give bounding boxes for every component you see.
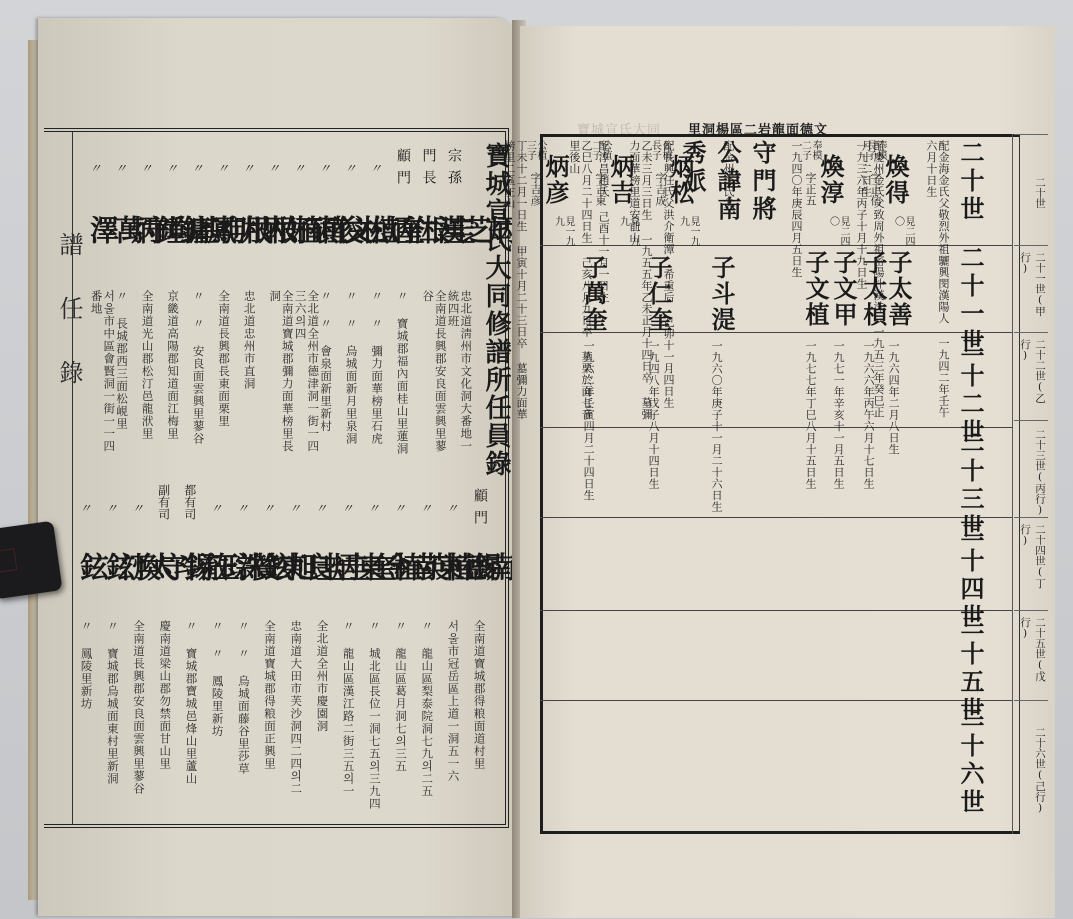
son-name: 子斗湜 xyxy=(704,255,739,333)
officer-role: 〃 xyxy=(291,162,308,222)
officer-address: 〃 龍山區梨泰院洞七九의二五 xyxy=(421,620,434,810)
officer-address: 全南道長興郡安良面雲興里蓼谷 xyxy=(132,620,145,810)
officer-address: 全北道全州市慶園洞 xyxy=(316,620,329,810)
officer-address: 〃 鳳陵里新坊 xyxy=(80,620,93,810)
officer-name: 汀鉉 xyxy=(73,552,155,587)
generation-tab: 二十一世(甲行) xyxy=(1014,245,1048,332)
person-name: 煥淳 xyxy=(813,154,848,206)
officer-role: 〃 xyxy=(113,162,130,222)
officer-role: 〃 xyxy=(87,162,104,222)
son-name: 子仁奎 xyxy=(641,255,676,333)
spouse-record: 配金海金氏父敬烈外祖驪興閔漢陽人 一九四二年壬午六月十日生 xyxy=(925,140,949,420)
officer-role: 〃 xyxy=(342,162,359,222)
see-reference: 見二四〇 xyxy=(827,216,848,246)
officer-address: 忠南道大田市芙沙洞四二四의二 xyxy=(290,620,303,810)
see-reference: 見一九九 xyxy=(552,216,573,246)
generation-tab: 二十二世(乙行) xyxy=(1014,332,1048,420)
son-birth: 一九六六年丙午六月十七日生 xyxy=(862,340,874,520)
officer-address: 〃 龍山區葛月洞七의三五 xyxy=(394,620,407,810)
officer-address: 京畿道高陽郡知道面江梅里 xyxy=(167,290,180,460)
officer-role: 〃 xyxy=(164,162,181,222)
officer-role: 顧門 xyxy=(393,148,413,208)
officer-address: 〃 寶城郡烏城面東村里新洞 xyxy=(106,620,119,810)
seal-stamp-object xyxy=(0,521,63,600)
row-divider-6 xyxy=(540,427,1012,428)
son-birth: 一九七七年丁巳八月十五日生 xyxy=(804,340,816,520)
generation-tab: 二十四世(丁行) xyxy=(1014,517,1048,610)
officer-address: 全南道寶城郡得粮面道村里 xyxy=(473,620,486,810)
officer-address: 서울市中區會賢洞一街一一四番地 xyxy=(90,290,115,460)
officer-address: 全南道光山郡松汀邑龍洑里 xyxy=(141,290,154,460)
courtesy-name: 字吉彦 xyxy=(529,172,541,207)
generation-label: 二十世 xyxy=(953,140,988,224)
officer-address: 서울市冠岳區上道一洞五一六 xyxy=(447,620,460,810)
generation-label: 二十六世 xyxy=(953,705,988,817)
officer-address: 〃 〃 鳳陵里新坊 xyxy=(211,620,224,810)
son-name: 子文植 xyxy=(798,250,833,328)
officer-address: 全南道寶城郡得粮面正興里 xyxy=(263,620,276,810)
officer-address: 〃 〃 烏城面新月里泉洞 xyxy=(345,290,358,460)
person-name: 炳彦 xyxy=(538,154,573,206)
officer-address: 〃 城北區長位一洞七五의三九四 xyxy=(368,620,381,810)
officer-role: 〃 xyxy=(189,162,206,222)
courtesy-name: 字正五 xyxy=(804,172,816,207)
officer-role: 門長 xyxy=(419,148,439,208)
birth-record: 丁未十二月一日生 甲寅十月二十三日卒 墓彌力面華榜里二區左山 xyxy=(503,140,527,420)
see-reference: 見一九九 xyxy=(617,216,638,246)
generation-tab: 二十五世(戊行) xyxy=(1014,610,1048,700)
officer-address: 〃 〃 烏城面藤谷里莎草 xyxy=(237,620,250,810)
son-birth: 一九七一年辛亥十一月五日生 xyxy=(832,340,844,520)
officer-address: 〃 〃 安良面雲興里蓼谷 xyxy=(192,290,205,460)
officer-role: 〃 xyxy=(317,162,334,222)
officer-role: 都有司 xyxy=(182,484,199,544)
son-name: 子太楨 xyxy=(856,250,891,328)
officer-address: 〃 寶城郡福內面桂山里蓮洞 xyxy=(396,290,409,460)
row-divider-4 xyxy=(540,610,1012,611)
officer-address: 全北道全州市德津洞一街一四三六의四 xyxy=(294,290,319,460)
generation-tab: 二十世 xyxy=(1014,134,1048,245)
officer-address: 〃 〃 彌力面華榜里石虎 xyxy=(371,290,384,460)
officer-address: 忠北道忠州市直洞 xyxy=(243,290,256,460)
see-reference: 見一九九 xyxy=(677,216,698,246)
officer-address: 慶南道梁山郡勿禁面甘山里 xyxy=(159,620,172,810)
officer-address: 全南道寶城郡彌力面華榜里長洞 xyxy=(269,290,294,460)
row-divider-5 xyxy=(540,700,1012,701)
officer-role: 顧門 xyxy=(470,488,490,548)
son-name: 子萬奎 xyxy=(576,255,611,333)
officer-role: 〃 xyxy=(215,162,232,222)
officer-role: 〃 xyxy=(368,162,385,222)
officer-address: 〃 長城郡西三面松峴里 xyxy=(116,290,129,460)
officer-address: 全南道長興郡長東面栗里 xyxy=(218,290,231,460)
see-reference: 見二四〇 xyxy=(892,216,913,246)
row-divider-3 xyxy=(540,517,1012,518)
generation-tab: 二十三世(丙行) xyxy=(1014,420,1048,517)
officer-role: 〃 xyxy=(138,162,155,222)
officer-name: 炳澤 xyxy=(83,215,165,250)
side-title: 譜任錄 xyxy=(52,232,87,424)
son-birth: 一九六〇年庚子十一月二十六日生 xyxy=(710,340,722,520)
officer-address: 〃 寶城郡寶城邑烽山里蘆山 xyxy=(185,620,198,810)
son-birth: 一九六四年二月八日生 xyxy=(887,340,899,520)
seal-mark xyxy=(0,548,17,572)
officer-address: 〃 〃 會泉面新里新村 xyxy=(320,290,333,460)
person-entry: 奉模二子煥淳見二四〇字正五一九四〇年庚辰四月五日生配慶州金氏父致周外祖密陽朴漢洙… xyxy=(790,140,870,245)
son-birth: 一九四八年戊子八月十四日生 xyxy=(647,340,659,520)
officer-address: 全南道長興郡安良面雲興里蓼谷 xyxy=(422,290,447,460)
officer-address: 忠北道淸州市文化洞大番地一統四班 xyxy=(447,290,472,460)
officer-role: 〃 xyxy=(240,162,257,222)
officer-role: 〃 xyxy=(266,162,283,222)
officer-role: 宗孫 xyxy=(444,148,464,208)
son-birth: 一九六二年壬寅四月二十四日生 xyxy=(582,340,594,520)
person-entry: 公植三子炳彦見一九九字吉彦丁未十二月一日生 甲寅十月二十三日卒 墓彌力面華榜里二… xyxy=(515,140,595,245)
officer-role: 副有司 xyxy=(156,484,173,544)
officer-address: 〃 龍山區漢江路二街三五의一 xyxy=(342,620,355,810)
generation-tab: 二十六世(己行) xyxy=(1014,700,1048,834)
